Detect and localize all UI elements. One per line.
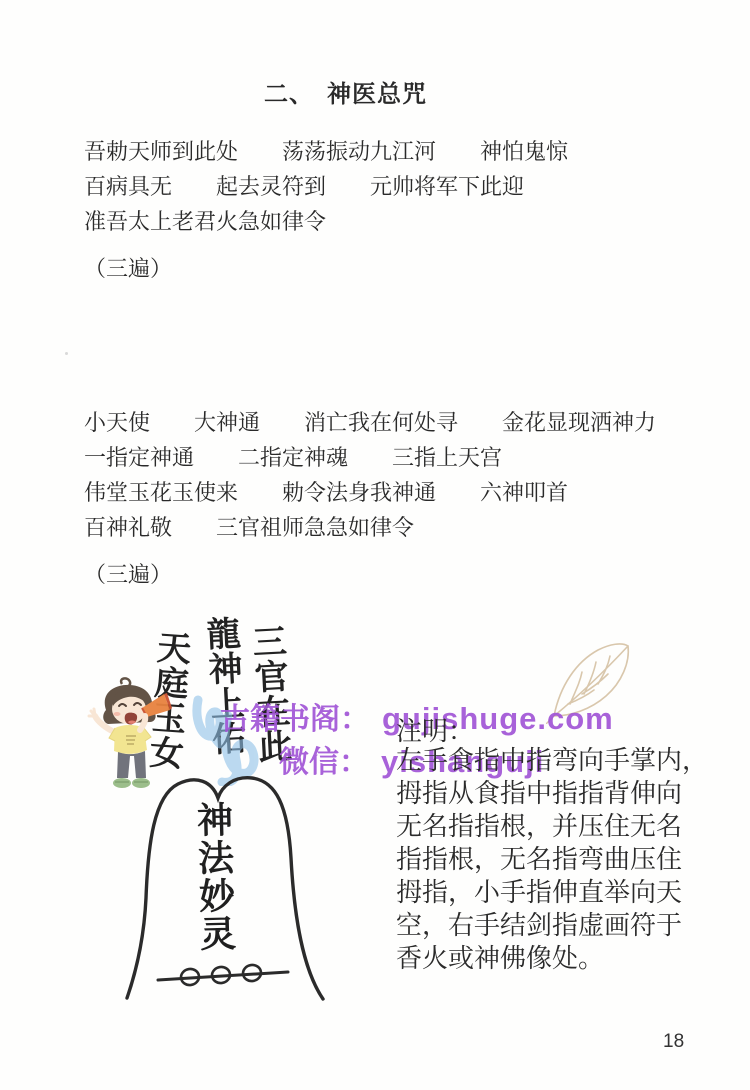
incantation-line: 伟堂玉花玉使来 勅令法身我神通 六神叩首 [84,475,656,510]
note-block: 左手食指中指弯向手掌内， 拇指从食指中指指背伸向 无名指指根，并压住无名 指指根… [396,744,708,975]
watermark-site-label: 古籍书阁： [220,703,370,736]
incantation-line: 百病具无 起去灵符到 元帅将军下此迎 [84,169,568,204]
incantation-block-1: 吾勅天师到此处 荡荡振动九江河 神怕鬼惊 百病具无 起去灵符到 元帅将军下此迎 … [84,134,568,239]
note-line: 无名指指根，并压住无名 [396,810,708,843]
incantation-line: 小天使 大神通 消亡我在何处寻 金花显现洒神力 [84,405,656,440]
note-line: 空，右手结剑指虚画符于 [396,909,708,942]
page-title: 二、 神医总咒 [264,74,427,109]
incantation-line: 一指定神通 二指定神魂 三指上天宫 [84,440,656,475]
note-line: 拇指从食指中指指背伸向 [396,777,708,810]
talisman-seal-text: 神法妙灵 [194,801,234,954]
note-line: 拇指，小手指伸直举向天 [396,876,708,909]
note-line: 香火或神佛像处。 [396,942,708,975]
scan-speck [65,352,68,355]
incantation-block-2: 小天使 大神通 消亡我在何处寻 金花显现洒神力 一指定神通 二指定神魂 三指上天… [84,405,656,545]
incantation-line: 百神礼敬 三官祖师急急如律令 [84,510,656,545]
repeat-note-1: （三遍） [84,252,172,283]
scanned-book-page: 二、 神医总咒 吾勅天师到此处 荡荡振动九江河 神怕鬼惊 百病具无 起去灵符到 … [0,0,750,1090]
note-heading: 注明： [396,711,474,748]
page-number: 18 [663,1031,684,1053]
repeat-note-2: （三遍） [84,558,172,589]
note-line: 左手食指中指弯向手掌内， [396,744,708,777]
incantation-line: 吾勅天师到此处 荡荡振动九江河 神怕鬼惊 [84,134,568,169]
incantation-line: 准吾太上老君火急如律令 [84,204,568,239]
note-line: 指指根，无名指弯曲压住 [396,843,708,876]
